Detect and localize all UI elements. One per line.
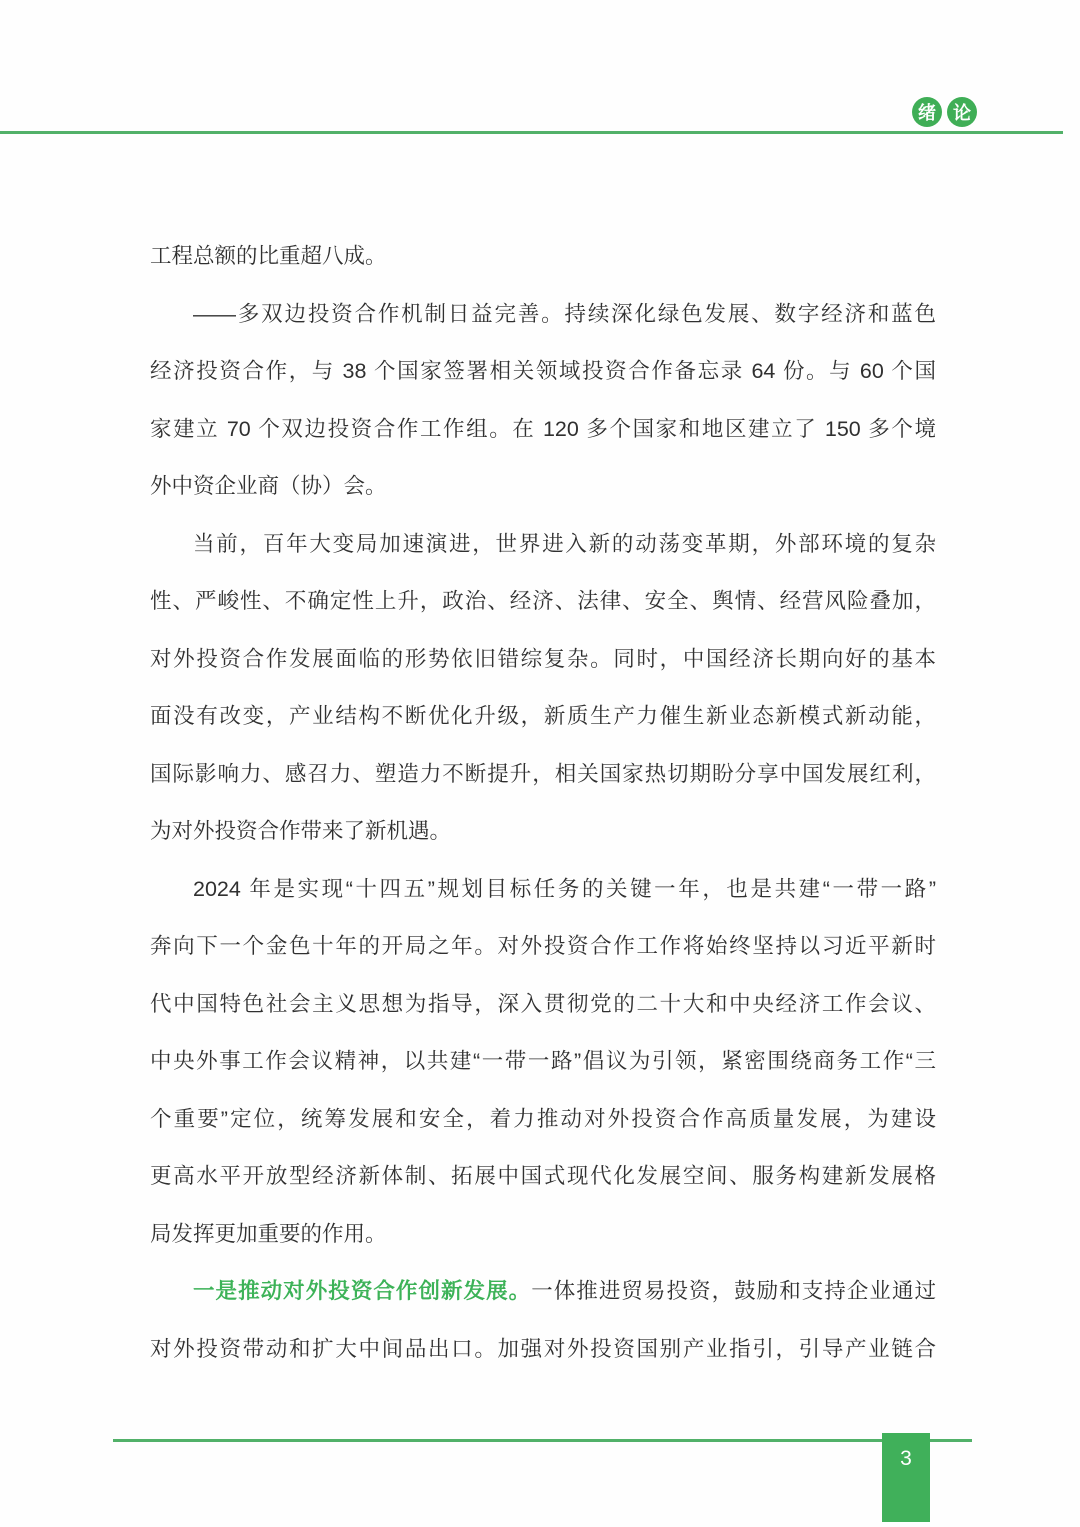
- body-text: 工程总额的比重超八成。——多双边投资合作机制日益完善。持续深化绿色发展、数字经济…: [150, 228, 936, 1378]
- body-text-line: ——多双边投资合作机制日益完善。持续深化绿色发展、数字经济和蓝色: [150, 286, 936, 344]
- body-text-line: 个重要”定位，统筹发展和安全，着力推动对外投资合作高质量发展，为建设: [150, 1091, 936, 1149]
- body-text-line: 性、严峻性、不确定性上升，政治、经济、法律、安全、舆情、经营风险叠加，: [150, 573, 936, 631]
- body-text-line: 一是推动对外投资合作创新发展。一体推进贸易投资，鼓励和支持企业通过: [150, 1263, 936, 1321]
- body-text-line: 更高水平开放型经济新体制、拓展中国式现代化发展空间、服务构建新发展格: [150, 1148, 936, 1206]
- body-text-line: 当前，百年大变局加速演进，世界进入新的动荡变革期，外部环境的复杂: [150, 516, 936, 574]
- body-text-line: 中央外事工作会议精神，以共建“一带一路”倡议为引领，紧密围绕商务工作“三: [150, 1033, 936, 1091]
- body-text-line: 奔向下一个金色十年的开局之年。对外投资合作工作将始终坚持以习近平新时: [150, 918, 936, 976]
- header-rule: [0, 131, 1063, 134]
- chapter-badge-group: 绪 论: [912, 97, 977, 127]
- chapter-badge-icon: 绪: [912, 97, 942, 127]
- page-number: 3: [900, 1447, 912, 1470]
- body-text-line: 代中国特色社会主义思想为指导，深入贯彻党的二十大和中央经济工作会议、: [150, 976, 936, 1034]
- body-text-line: 局发挥更加重要的作用。: [150, 1206, 936, 1264]
- paragraph-lead-emphasis: 一是推动对外投资合作创新发展。: [193, 1279, 531, 1303]
- body-text-line: 对外投资带动和扩大中间品出口。加强对外投资国别产业指引，引导产业链合: [150, 1321, 936, 1379]
- document-page: { "page": { "number": "3" }, "header": {…: [0, 0, 1080, 1527]
- body-text-line: 国际影响力、感召力、塑造力不断提升，相关国家热切期盼分享中国发展红利，: [150, 746, 936, 804]
- body-text-line: 2024 年是实现“十四五”规划目标任务的关键一年，也是共建“一带一路”: [150, 861, 936, 919]
- body-text-line: 家建立 70 个双边投资合作工作组。在 120 多个国家和地区建立了 150 多…: [150, 401, 936, 459]
- body-text-line: 经济投资合作，与 38 个国家签署相关领域投资合作备忘录 64 份。与 60 个…: [150, 343, 936, 401]
- chapter-badge-icon: 论: [947, 97, 977, 127]
- page-number-badge: 3: [882, 1433, 930, 1522]
- body-text-line: 面没有改变，产业结构不断优化升级，新质生产力催生新业态新模式新动能，: [150, 688, 936, 746]
- body-text-line: 对外投资合作发展面临的形势依旧错综复杂。同时，中国经济长期向好的基本: [150, 631, 936, 689]
- body-text-line: 外中资企业商（协）会。: [150, 458, 936, 516]
- body-text-line: 为对外投资合作带来了新机遇。: [150, 803, 936, 861]
- footer-rule: [113, 1439, 972, 1442]
- body-text-line: 工程总额的比重超八成。: [150, 228, 936, 286]
